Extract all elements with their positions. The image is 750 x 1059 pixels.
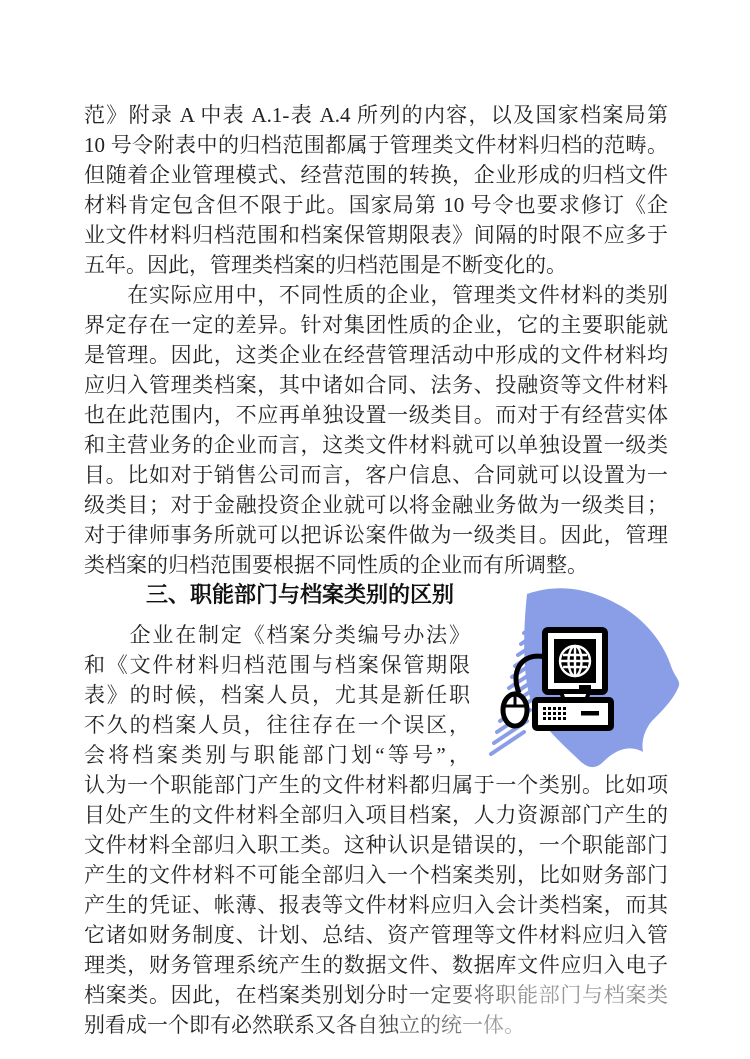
- text-column: 范》附录 A 中表 A.1-表 A.4 所列的内容，以及国家档案局第10 号令附…: [84, 100, 668, 1040]
- text-line: 别看成一个即有必然联系又各自独立的统一体。: [84, 1010, 668, 1040]
- text-line: 和《文件材料归档范围与档案保管期限: [84, 650, 470, 680]
- text-line: 是管理。因此，这类企业在经营管理活动中形成的文件材料均: [84, 340, 668, 370]
- text-line: 在实际应用中，不同性质的企业，管理类文件材料的类别: [84, 280, 668, 310]
- text-line: 会将档案类别与职能部门划“等号”，: [84, 740, 470, 770]
- text-line: 范》附录 A 中表 A.1-表 A.4 所列的内容，以及国家档案局第: [84, 100, 668, 130]
- text-line: 类档案的归档范围要根据不同性质的企业而有所调整。: [84, 550, 668, 580]
- mouse-icon: [503, 694, 527, 726]
- text-line: 级类目；对于金融投资企业就可以将金融业务做为一级类目；: [84, 490, 668, 520]
- text-line: 业文件材料归档范围和档案保管期限表》间隔的时限不应多于: [84, 220, 668, 250]
- text-line: 10 号令附表中的归档范围都属于管理类文件材料归档的范畴。: [84, 130, 668, 160]
- text-line: 理类，财务管理系统产生的数据文件、数据库文件应归入电子: [84, 950, 668, 980]
- text-line: 界定存在一定的差异。针对集团性质的企业，它的主要职能就: [84, 310, 668, 340]
- text-line: 但随着企业管理模式、经营范围的转换，企业形成的归档文件: [84, 160, 668, 190]
- text-line: 对于律师事务所就可以把诉讼案件做为一级类目。因此，管理: [84, 520, 668, 550]
- text-line: 产生的文件材料不可能全部归入一个档案类别，比如财务部门: [84, 860, 668, 890]
- text-line: 也在此范围内，不应再单独设置一级类目。而对于有经营实体: [84, 400, 668, 430]
- text-line: 目。比如对于销售公司而言，客户信息、合同就可以设置为一: [84, 460, 668, 490]
- text-line: 产生的凭证、帐薄、报表等文件材料应归入会计类档案，而其: [84, 890, 668, 920]
- text-line: 企业在制定《档案分类编号办法》: [84, 620, 470, 650]
- globe-icon: [560, 646, 590, 676]
- text-line: 应归入管理类档案，其中诸如合同、法务、投融资等文件材料: [84, 370, 668, 400]
- computer-illustration: [475, 582, 690, 777]
- text-line: 目处产生的文件材料全部归入项目档案，人力资源部门产生的: [84, 800, 668, 830]
- text-line: 表》的时候，档案人员，尤其是新任职: [84, 680, 470, 710]
- text-line: 文件材料全部归入职工类。这种认识是错误的，一个职能部门: [84, 830, 668, 860]
- text-line: 不久的档案人员，往往存在一个误区，: [84, 710, 470, 740]
- text-line: 档案类。因此，在档案类别划分时一定要将职能部门与档案类: [84, 980, 668, 1010]
- document-page: 范》附录 A 中表 A.1-表 A.4 所列的内容，以及国家档案局第10 号令附…: [0, 0, 750, 1059]
- text-line: 和主营业务的企业而言，这类文件材料就可以单独设置一级类: [84, 430, 668, 460]
- system-unit-icon: [535, 700, 611, 728]
- text-line: 它诸如财务制度、计划、总结、资产管理等文件材料应归入管: [84, 920, 668, 950]
- text-line: 五年。因此，管理类档案的归档范围是不断变化的。: [84, 250, 668, 280]
- text-line: 材料肯定包含但不限于此。国家局第 10 号令也要求修订《企: [84, 190, 668, 220]
